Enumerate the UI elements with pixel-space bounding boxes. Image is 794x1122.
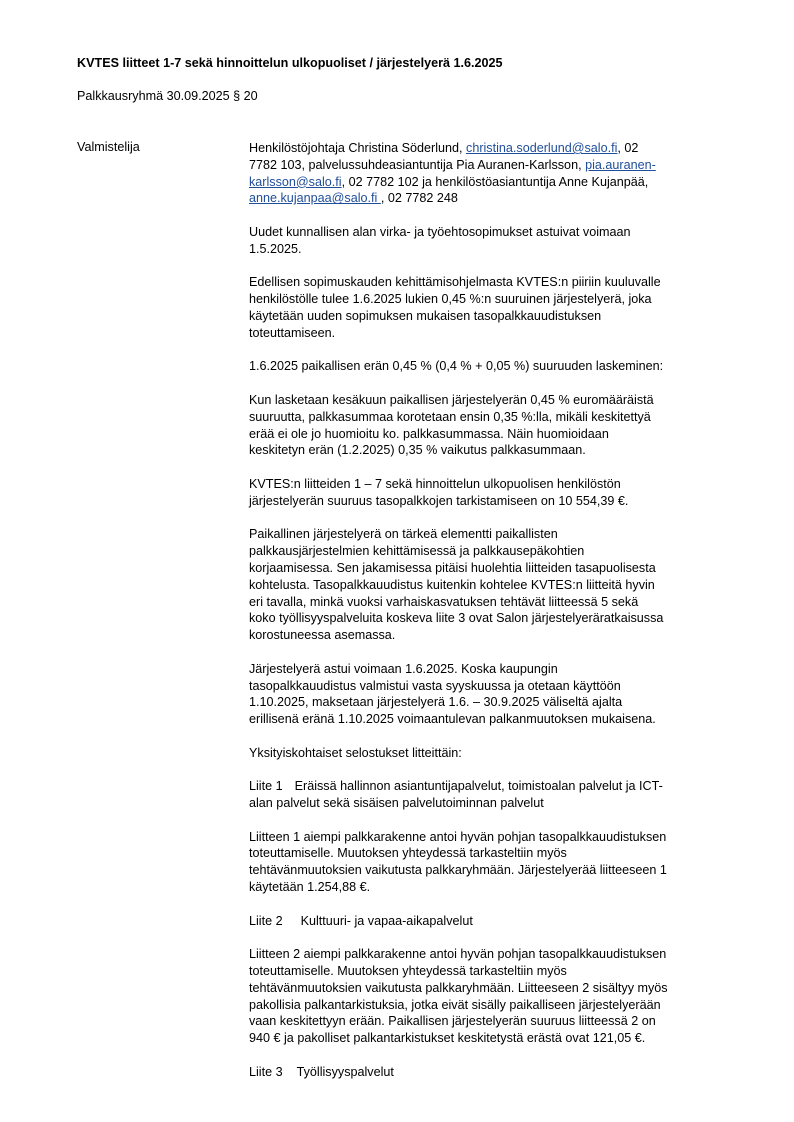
text-line: Paikallinen järjestelyerä on tärkeä elem… [249,526,739,543]
text-line: Uudet kunnallisen alan virka- ja työehto… [249,224,739,241]
paragraph: Edellisen sopimuskauden kehittämisohjelm… [249,274,739,341]
text-line: vaan keskitettyyn erään. Paikallisen jär… [249,1013,739,1030]
annex-title: alan palvelut sekä sisäisen palvelutoimi… [249,796,544,810]
text-line: 1.5.2025. [249,241,739,258]
text-line: toteuttamiselle. Muutoksen yhteydessä ta… [249,963,739,980]
annex-title: Eräissä hallinnon asiantuntijapalvelut, … [295,779,663,793]
annex-heading-line: Liite 1Eräissä hallinnon asiantuntijapal… [249,778,739,795]
text-line: käytetään uuden sopimuksen mukaisen taso… [249,308,739,325]
text-line: Kun lasketaan kesäkuun paikallisen järje… [249,392,739,409]
document-page: KVTES liitteet 1-7 sekä hinnoittelun ulk… [0,0,794,1122]
annex-heading: Liite 1Eräissä hallinnon asiantuntijapal… [249,778,739,812]
text-line: Järjestelyerä astui voimaan 1.6.2025. Ko… [249,661,739,678]
text-line: toteuttamiselle. Muutoksen yhteydessä ta… [249,845,739,862]
contact-text: , 02 7782 248 [381,191,458,205]
text-line: Edellisen sopimuskauden kehittämisohjelm… [249,274,739,291]
text-line: 1.6.2025 paikallisen erän 0,45 % (0,4 % … [249,358,739,375]
contact-text: , 02 [617,141,638,155]
annex-label: Liite 1 [249,779,283,793]
paragraph: 1.6.2025 paikallisen erän 0,45 % (0,4 % … [249,358,739,375]
contact-text: Henkilöstöjohtaja Christina Söderlund, [249,141,466,155]
text-line: Liitteen 2 aiempi palkkarakenne antoi hy… [249,946,739,963]
text-line: KVTES:n liitteiden 1 – 7 sekä hinnoittel… [249,476,739,493]
annex-heading-line: Liite 2Kulttuuri- ja vapaa-aikapalvelut [249,913,739,930]
email-link-christina[interactable]: christina.soderlund@salo.fi [466,141,617,155]
text-line: järjestelyerän suuruus tasopalkkojen tar… [249,493,739,510]
text-line: tehtävänmuutoksien vaikutusta palkkaryhm… [249,862,739,879]
text-line: korjaamisessa. Sen jakamisessa pitäisi h… [249,560,739,577]
annex-description: Liitteen 2 aiempi palkkarakenne antoi hy… [249,946,739,1047]
email-link-anne[interactable]: anne.kujanpaa@salo.fi [249,191,381,205]
contact-text: , 02 7782 102 ja henkilöstöasiantuntija … [342,175,649,189]
text-line: tasopalkkauudistus valmistui vasta syysk… [249,678,739,695]
text-line: henkilöstölle tulee 1.6.2025 lukien 0,45… [249,291,739,308]
paragraph: Kun lasketaan kesäkuun paikallisen järje… [249,392,739,459]
text-line: pakollisia palkantarkistuksia, jotka eiv… [249,997,739,1014]
preparer-label: Valmistelija [77,140,140,154]
meeting-reference: Palkkausryhmä 30.09.2025 § 20 [77,89,258,103]
contact-line: anne.kujanpaa@salo.fi , 02 7782 248 [249,190,739,207]
text-line: erillisenä eränä 1.10.2025 voimaantuleva… [249,711,739,728]
text-line: suuruutta, palkkasummaa korotetaan ensin… [249,409,739,426]
annex-list: Liite 1Eräissä hallinnon asiantuntijapal… [249,778,739,1080]
paragraph: Yksityiskohtaiset selostukset litteittäi… [249,745,739,762]
text-line: 940 € ja pakolliset palkantarkistukset k… [249,1030,739,1047]
document-body: Henkilöstöjohtaja Christina Söderlund, c… [249,140,739,1097]
annex-heading: Liite 3Työllisyyspalvelut [249,1064,739,1081]
text-line: eri tavalla, minkä vuoksi varhaiskasvatu… [249,594,739,611]
document-title: KVTES liitteet 1-7 sekä hinnoittelun ulk… [77,56,503,70]
text-line: erää ei ole jo huomioitu ko. palkkasumma… [249,426,739,443]
email-link-pia-continued[interactable]: karlsson@salo.fi [249,175,342,189]
contact-line: 7782 103, palvelussuhdeasiantuntija Pia … [249,157,739,174]
paragraph: Paikallinen järjestelyerä on tärkeä elem… [249,526,739,644]
annex-title: Työllisyyspalvelut [297,1065,394,1079]
email-link-pia[interactable]: pia.auranen- [585,158,656,172]
text-line: kohtelusta. Tasopalkkauudistus kuitenkin… [249,577,739,594]
annex-title: Kulttuuri- ja vapaa-aikapalvelut [301,914,473,928]
annex-heading: Liite 2Kulttuuri- ja vapaa-aikapalvelut [249,913,739,930]
paragraph: Uudet kunnallisen alan virka- ja työehto… [249,224,739,258]
annex-description: Liitteen 1 aiempi palkkarakenne antoi hy… [249,829,739,896]
text-line: koko työllisyyspalveluita koskeva liite … [249,610,739,627]
annex-heading-line: Liite 3Työllisyyspalvelut [249,1064,739,1081]
text-line: Yksityiskohtaiset selostukset litteittäi… [249,745,739,762]
text-line: Liitteen 1 aiempi palkkarakenne antoi hy… [249,829,739,846]
text-line: korostuneessa asemassa. [249,627,739,644]
paragraph: Järjestelyerä astui voimaan 1.6.2025. Ko… [249,661,739,728]
contact-text: 7782 103, palvelussuhdeasiantuntija Pia … [249,158,585,172]
contact-line: karlsson@salo.fi, 02 7782 102 ja henkilö… [249,174,739,191]
text-line: palkkausjärjestelmien kehittämisessä ja … [249,543,739,560]
text-line: toteuttamiseen. [249,325,739,342]
text-line: käytetään 1.254,88 €. [249,879,739,896]
paragraph: KVTES:n liitteiden 1 – 7 sekä hinnoittel… [249,476,739,510]
annex-label: Liite 2 [249,914,283,928]
annex-label: Liite 3 [249,1065,283,1079]
text-line: keskitetyn erän (1.2.2025) 0,35 % vaikut… [249,442,739,459]
preparer-contacts: Henkilöstöjohtaja Christina Söderlund, c… [249,140,739,207]
contact-line: Henkilöstöjohtaja Christina Söderlund, c… [249,140,739,157]
annex-heading-line: alan palvelut sekä sisäisen palvelutoimi… [249,795,739,812]
text-line: 1.10.2025, maksetaan järjestelyerä 1.6. … [249,694,739,711]
text-line: tehtävänmuutoksien vaikutusta palkkaryhm… [249,980,739,997]
